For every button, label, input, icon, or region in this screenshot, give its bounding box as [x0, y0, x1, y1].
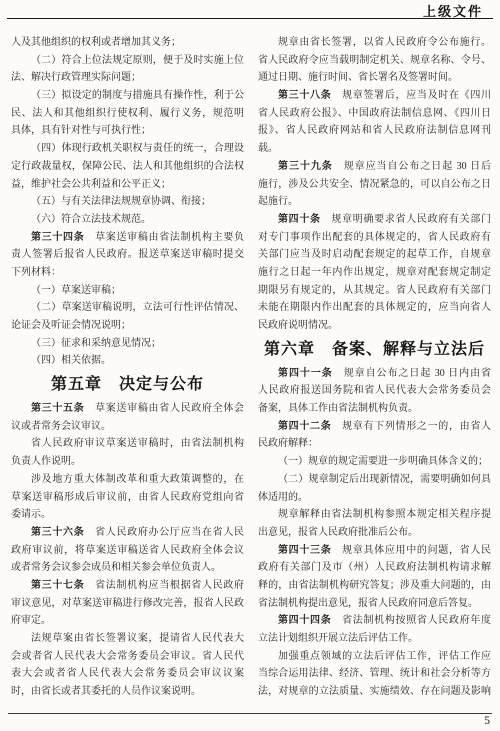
body-line: 规章解释由省法制机构参照本规定相关程序提 [258, 506, 491, 524]
body-line: （三）征求和采纳意见情况； [11, 335, 244, 353]
body-line: 民政府解释： [258, 435, 491, 453]
body-line: （二）草案送审稿说明，立法可行性评估情况、 [11, 299, 244, 317]
body-line: 备案，具体工作由省法制机构负责。 [258, 400, 491, 418]
body-line: 表大会或者省人民代表大会常务委员会审议议案 [11, 665, 244, 683]
body-line: 人及其他组织的权利或者增加其义务； [11, 34, 244, 52]
body-line: 第四十二条 规章有下列情形之一的，由省人 [258, 418, 491, 436]
body-line: 或者常务会议参会成员和相关参会单位负责人。 [11, 559, 244, 577]
column-left: 人及其他组织的权利或者增加其义务；（二）符合上位法规定原则，便于及时实施上位法、… [11, 34, 244, 701]
body-line: 时，由省长或者其委托的人员作议案说明。 [11, 683, 244, 701]
body-line: （一）规章的规定需要进一步明确具体含义的； [258, 453, 491, 471]
article-number: 第三十四条 [31, 232, 84, 243]
body-line: 政府有关部门及市（州）人民政府法制机构请求解 [258, 559, 491, 577]
body-line: 施行，涉及公共安全、情况紧急的，可以自公布之日 [258, 176, 491, 194]
body-line: （二）符合上位法规定原则，便于及时实施上位 [11, 52, 244, 70]
body-line: 具体，具有针对性与可执行性； [11, 122, 244, 140]
body-line: 第四十条 规章明确要求省人民政府有关部门 [258, 211, 491, 229]
body-line: （二）规章制定后出现新情况，需要明确如何具 [258, 471, 491, 489]
body-line: 第三十五条 草案送审稿由省人民政府全体会 [11, 400, 244, 418]
body-line: 关部门应当及时启动配套规定的起草工作，自规章 [258, 246, 491, 264]
body-line: 第四十一条 规章自公布之日起 30 日内由省 [258, 365, 491, 383]
body-line: （一）草案送审稿； [11, 282, 244, 300]
body-line: （五）与有关法律法规规章协调、衔接； [11, 193, 244, 211]
body-line: 省法制机构提出意见，报省人民政府同意后答复。 [258, 595, 491, 613]
article-number: 第三十五条 [31, 403, 84, 414]
body-line: 立法计划组织开展立法后评估工作。 [258, 630, 491, 648]
page-number: 5 [484, 715, 490, 727]
body-line: 民、法人和其他组织行使权利、履行义务，规范明确、 [11, 105, 244, 123]
body-line: 省人民政府令应当载明制定机关、规章名称、令号、 [258, 52, 491, 70]
body-line: 审议意见，对草案送审稿进行修改完善，报省人民政 [11, 595, 244, 613]
body-line: 第三十九条 规章应当自公布之日起 30 日后 [258, 158, 491, 176]
body-line: 议或者常务会议审议。 [11, 418, 244, 436]
document-page: 上级文件 人及其他组织的权利或者增加其义务；（二）符合上位法规定原则，便于及时实… [0, 0, 500, 731]
body-line: 出意见，报省人民政府批准后公布。 [258, 524, 491, 542]
body-line: 省人民政府审议草案送审稿时，由省法制机构 [11, 435, 244, 453]
body-line: 论证会及听证会情况说明； [11, 317, 244, 335]
body-line: 当综合运用法律、经济、管理、统计和社会分析等方 [258, 665, 491, 683]
body-line: 法规草案由省长签署议案，提请省人民代表大 [11, 630, 244, 648]
body-line: 期限另有规定的，从其规定。省人民政府有关部门 [258, 282, 491, 300]
body-line: 规章由省长签署，以省人民政府令公布施行。 [258, 34, 491, 52]
article-number: 第四十条 [278, 214, 321, 225]
article-number: 第三十九条 [278, 161, 333, 172]
body-line: 委请示。 [11, 506, 244, 524]
header-label: 上级文件 [423, 1, 483, 20]
body-line: 会或者省人民代表大会常务委员会审议。省人民代 [11, 648, 244, 666]
body-line: 第四十四条 省法制机构按照省人民政府年度 [258, 612, 491, 630]
body-line: 草案送审稿形成后审议前，由省人民政府党组向省 [11, 489, 244, 507]
chapter-heading: 第五章 决定与公布 [11, 370, 244, 400]
body-line: 省人民政府公报》、中国政府法制信息网、《四川日 [258, 105, 491, 123]
body-line: （三）拟设定的制度与措施具有操作性，利于公 [11, 87, 244, 105]
body-line: 载。 [258, 140, 491, 158]
body-line: （四）体现行政机关职权与责任的统一，合理设 [11, 140, 244, 158]
document-body: 人及其他组织的权利或者增加其义务；（二）符合上位法规定原则，便于及时实施上位法、… [11, 34, 491, 701]
body-line: 第三十六条 省人民政府办公厅应当在省人民 [11, 524, 244, 542]
article-number: 第四十四条 [278, 615, 331, 626]
body-line: 起施行。 [258, 193, 491, 211]
body-line: 第三十七条 省法制机构应当根据省人民政府 [11, 577, 244, 595]
article-number: 第四十二条 [278, 421, 331, 432]
body-line: 益，维护社会公共利益和公平正义； [11, 176, 244, 194]
body-line: 府审定。 [11, 612, 244, 630]
body-line: 涉及地方重大体制改革和重大政策调整的，在 [11, 471, 244, 489]
body-line: 未能在期限内作出配套的具体规定的，应当向省人 [258, 299, 491, 317]
body-line: 定行政裁量权，保障公民、法人和其他组织的合法权 [11, 158, 244, 176]
body-line: 人民政府报送国务院和省人民代表大会常务委员会 [258, 382, 491, 400]
body-line: 政府审议前，将草案送审稿送省人民政府全体会议 [11, 542, 244, 560]
body-line: 对专门事项作出配套的具体规定的，省人民政府有 [258, 229, 491, 247]
body-line: 施行之日起一年内作出规定，规章对配套规定制定 [258, 264, 491, 282]
body-line: 法、解决行政管理实际问题； [11, 69, 244, 87]
page-header: 上级文件 [7, 0, 493, 19]
article-number: 第四十三条 [278, 545, 331, 556]
body-line: 下列材料： [11, 264, 244, 282]
body-line: 法，对规章的立法质量、实施绩效、存在问题及影响 [258, 683, 491, 701]
body-line: （六）符合立法技术规范。 [11, 211, 244, 229]
body-line: 民政府说明情况。 [258, 317, 491, 335]
body-line: 报》、省人民政府网站和省人民政府法制信息网刊 [258, 122, 491, 140]
article-number: 第三十六条 [31, 527, 84, 538]
body-line: 通过日期、施行时间、省长署名及签署时间。 [258, 69, 491, 87]
body-line: 释的，由省法制机构研究答复；涉及重大问题的，由 [258, 577, 491, 595]
body-line: 第三十八条 规章签署后，应当及时在《四川 [258, 87, 491, 105]
body-line: 责人签署后报省人民政府。报送草案送审稿时提交 [11, 246, 244, 264]
article-number: 第四十一条 [278, 368, 333, 379]
chapter-heading: 第六章 备案、解释与立法后评估 [258, 335, 491, 365]
body-line: （四）相关依据。 [11, 352, 244, 370]
body-line: 第三十四条 草案送审稿由省法制机构主要负 [11, 229, 244, 247]
body-line: 第四十三条 规章具体应用中的问题，省人民 [258, 542, 491, 560]
body-line: 体适用的。 [258, 489, 491, 507]
footer-rule [8, 713, 492, 714]
column-right: 规章由省长签署，以省人民政府令公布施行。省人民政府令应当载明制定机关、规章名称、… [258, 34, 491, 701]
article-number: 第三十八条 [278, 90, 331, 101]
article-number: 第三十七条 [31, 580, 84, 591]
body-line: 加强重点领域的立法后评估工作，评估工作应 [258, 648, 491, 666]
body-line: 负责人作说明。 [11, 453, 244, 471]
